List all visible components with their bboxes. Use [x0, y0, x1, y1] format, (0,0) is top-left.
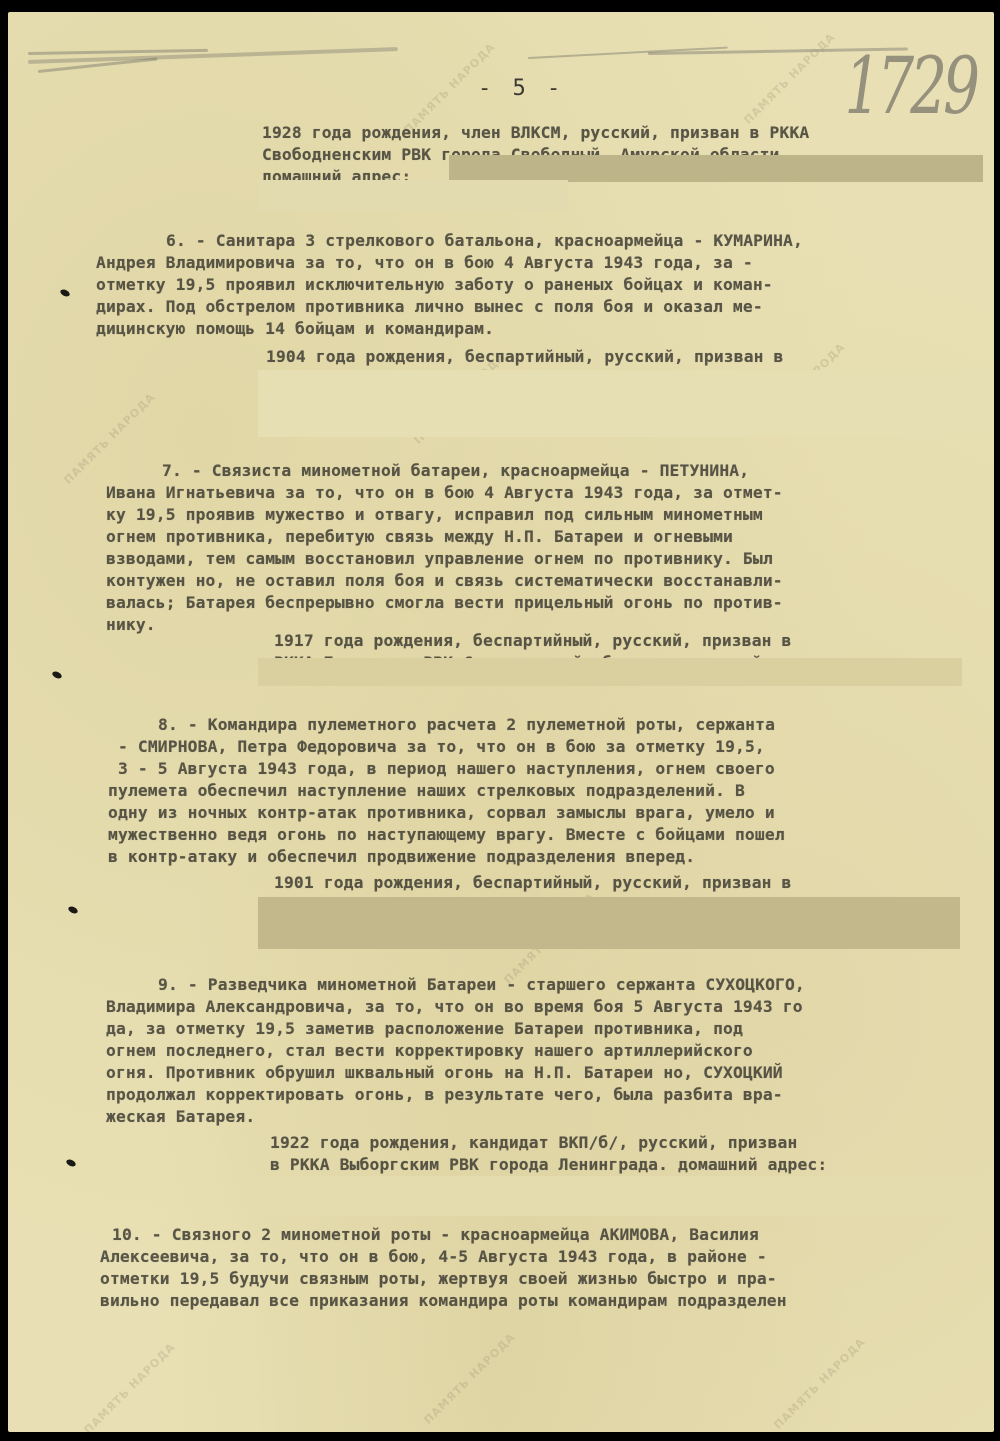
redacted-address [258, 1176, 994, 1216]
entry-line: Андрея Владимировича за то, что он в бою… [96, 252, 753, 274]
bio-line: 1928 года рождения, член ВЛКСМ, русский,… [262, 122, 809, 144]
entry-line: продолжал корректировать огонь, в резуль… [106, 1084, 783, 1106]
pencil-mark [28, 47, 398, 64]
watermark: ПАМЯТЬ НАРОДА [741, 30, 837, 126]
entry-line: жеская Батарея. [106, 1106, 255, 1128]
entry-line: Владимира Александровича, за то, что он … [106, 996, 803, 1018]
bio-line: 1901 года рождения, беспартийный, русски… [274, 872, 792, 894]
entry-line: дирах. Под обстрелом противника лично вы… [96, 296, 763, 318]
entry-line: огнем противника, перебитую связь между … [106, 526, 733, 548]
watermark: ПАМЯТЬ НАРОДА [81, 1340, 177, 1432]
entry-line: огня. Противник обрушил шквальный огонь … [106, 1062, 783, 1084]
entry-line: 9. - Разведчика минометной Батареи - ста… [158, 974, 805, 996]
redacted-address [258, 658, 962, 686]
binder-hole [67, 905, 79, 915]
watermark: ПАМЯТЬ НАРОДА [421, 1330, 517, 1426]
entry-line: валась; Батарея беспрерывно смогла вести… [106, 592, 783, 614]
bio-line: в РККА Выборгским РВК города Ленинграда.… [270, 1154, 827, 1176]
entry-line: Алексеевича, за то, что он в бою, 4-5 Ав… [100, 1246, 767, 1268]
entry-line: ку 19,5 проявив мужество и отвагу, испра… [106, 504, 763, 526]
handwritten-sheet-number: 1729 [844, 40, 976, 132]
entry-line: взводами, тем самым восстановил управлен… [106, 548, 773, 570]
watermark: ПАМЯТЬ НАРОДА [771, 1335, 867, 1431]
entry-line: вильно передавал все приказания командир… [100, 1290, 787, 1312]
entry-line: отметку 19,5 проявил исключительную забо… [96, 274, 773, 296]
entry-line: нику. [106, 614, 156, 636]
bio-line: 1922 года рождения, кандидат ВКП/б/, рус… [270, 1132, 797, 1154]
bio-line: 1917 года рождения, беспартийный, русски… [274, 630, 792, 652]
entry-line: в контр-атаку и обеспечил продвижение по… [108, 846, 695, 868]
entry-line: мужественно ведя огонь по наступающему в… [108, 824, 785, 846]
binder-hole [51, 670, 63, 680]
redacted-address [258, 897, 960, 949]
entry-line: пулемета обеспечил наступление наших стр… [108, 780, 745, 802]
entry-line: одну из ночных контр-атак противника, со… [108, 802, 775, 824]
entry-line: дицинскую помощь 14 бойцам и командирам. [96, 318, 494, 340]
entry-line: отметки 19,5 будучи связным роты, жертву… [100, 1268, 777, 1290]
document-page: 1729 - 5 - ПАМЯТЬ НАРОДА ПАМЯТЬ НАРОДА П… [8, 12, 994, 1432]
entry-line: огнем последнего, стал вести корректиров… [106, 1040, 753, 1062]
entry-line: контужен но, не оставил поля боя и связь… [106, 570, 783, 592]
entry-line: 3 - 5 Августа 1943 года, в период нашего… [118, 758, 775, 780]
binder-hole [65, 1158, 77, 1168]
entry-line: да, за отметку 19,5 заметив расположение… [106, 1018, 743, 1040]
redacted-address [258, 180, 568, 211]
page-number: - 5 - [478, 76, 564, 101]
entry-line: 7. - Связиста минометной батареи, красно… [162, 460, 749, 482]
watermark: ПАМЯТЬ НАРОДА [61, 390, 157, 486]
redacted-address [449, 155, 983, 182]
entry-line: - СМИРНОВА, Петра Федоровича за то, что … [118, 736, 765, 758]
entry-line: 8. - Командира пулеметного расчета 2 пул… [158, 714, 775, 736]
entry-line: Ивана Игнатьевича за то, что он в бою 4 … [106, 482, 783, 504]
entry-line: 6. - Санитара 3 стрелкового батальона, к… [166, 230, 803, 252]
binder-hole [59, 288, 71, 298]
entry-line: 10. - Связного 2 минометной роты - красн… [112, 1224, 759, 1246]
bio-line: 1904 года рождения, беспартийный, русски… [266, 346, 784, 368]
redacted-address [258, 370, 994, 437]
